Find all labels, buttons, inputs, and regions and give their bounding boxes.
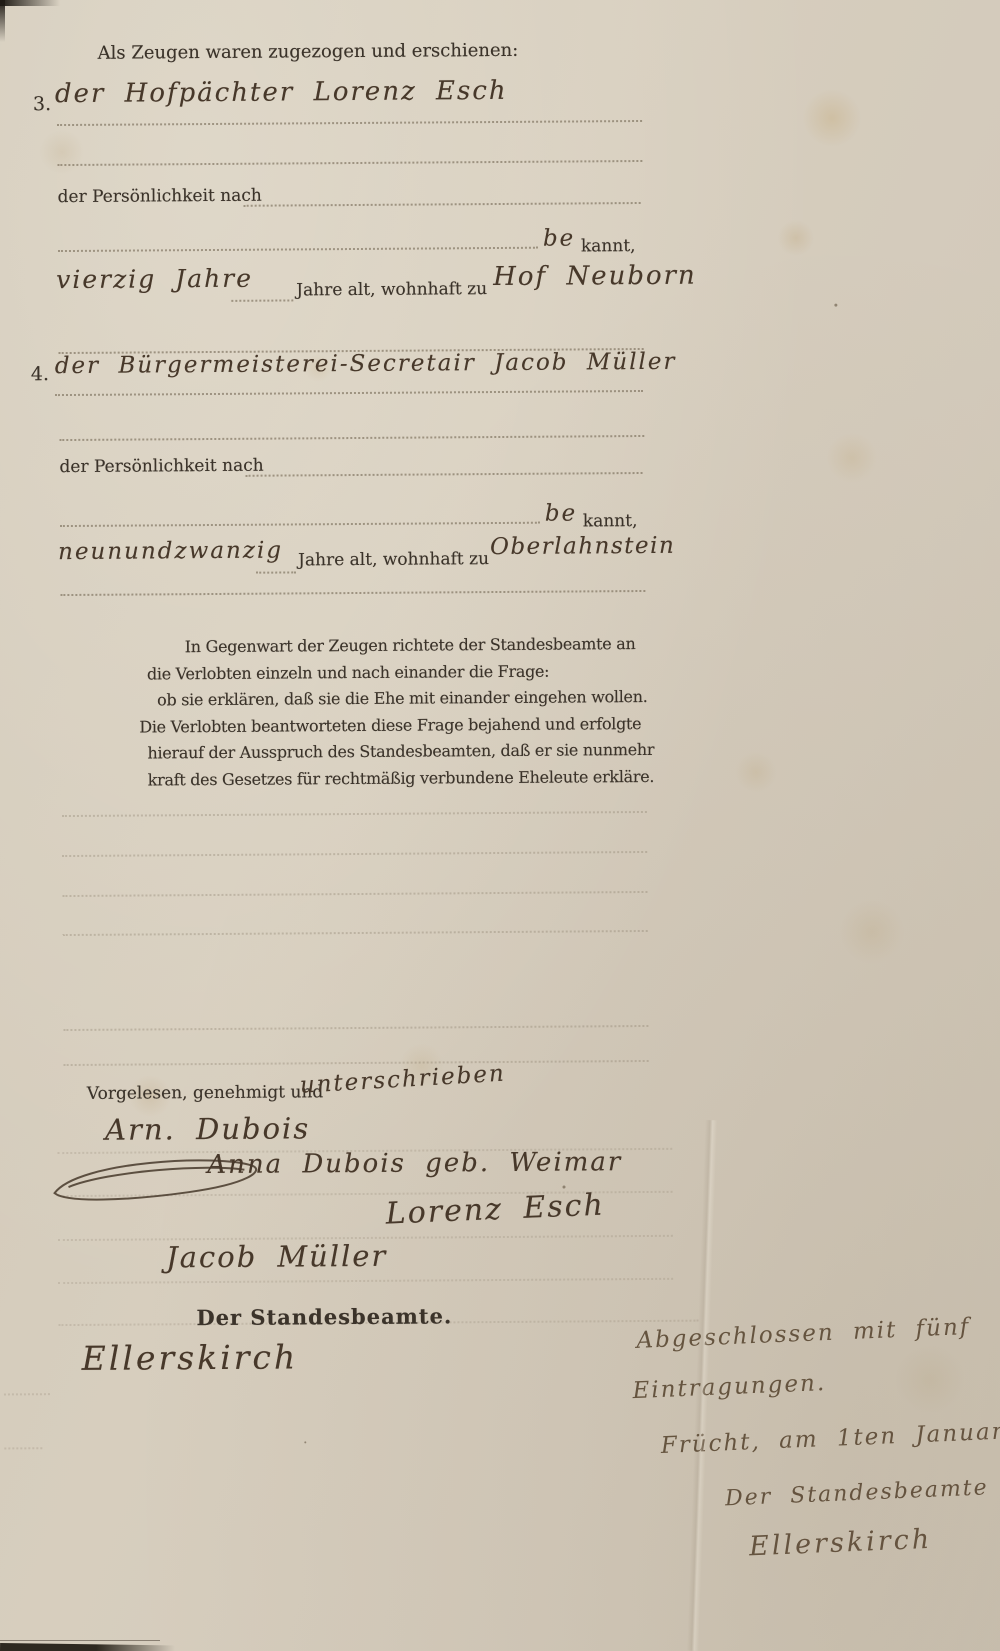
witness-4-number: 4.	[31, 363, 49, 385]
registrar-signature: Ellerskirch	[82, 1337, 299, 1378]
dotted-line	[60, 590, 645, 596]
scanned-content: Als Zeugen waren zugezogen und erschiene…	[0, 0, 1000, 1651]
witness-4-age: neunundzwanzig	[58, 538, 283, 566]
dotted-line	[63, 930, 648, 936]
dotted-line	[231, 299, 293, 301]
dotted-line	[256, 571, 296, 573]
registry-page: Als Zeugen waren zugezogen und erschiene…	[0, 0, 1000, 1651]
registrar-label: Der Standesbeamte.	[196, 1303, 452, 1330]
witness-4-identity-label: der Persönlichkeit nach	[59, 456, 263, 477]
closing-handwritten: unterschrieben	[299, 1061, 506, 1099]
closing-note-registrar-label: Der Standesbeamte	[725, 1475, 990, 1511]
closing-note-line-2: Eintragungen.	[632, 1370, 827, 1404]
ink-speck	[304, 1441, 306, 1443]
witness-3-known-printed: kannt,	[581, 236, 636, 256]
witness-4-residence: Oberlahnstein	[490, 533, 675, 560]
signature-witness-4: Jacob Müller	[166, 1239, 388, 1275]
closing-note-date: Frücht, am 1ten Januar	[660, 1419, 1000, 1459]
closing-printed: Vorgelesen, genehmigt und	[87, 1082, 324, 1104]
dotted-line	[57, 120, 642, 126]
signature-groom: Arn. Dubois	[105, 1111, 310, 1146]
declaration-line-1: In Gegenwart der Zeugen richtete der Sta…	[185, 631, 654, 661]
dotted-line	[55, 390, 643, 396]
declaration-line-4: Die Verlobten beantworteten diese Frage …	[139, 710, 654, 740]
declaration-line-3: ob sie erklären, daß sie die Ehe mit ein…	[157, 684, 654, 714]
witness-3-entry: der Hofpächter Lorenz Esch	[55, 76, 508, 109]
dotted-line	[4, 1393, 50, 1395]
closing-note: Abgeschlossen mit fünf Eintragungen. Frü…	[603, 1301, 1000, 1650]
dotted-line	[62, 851, 647, 857]
ink-speck	[563, 1186, 566, 1189]
witness-3-known-handwritten: be	[543, 225, 576, 251]
declaration-line-2: die Verlobten einzeln und nach einander …	[147, 657, 654, 687]
witness-3-residence: Hof Neuborn	[493, 261, 697, 292]
witness-4-age-label: Jahre alt, wohnhaft zu	[298, 549, 489, 570]
dotted-line	[57, 160, 642, 166]
dotted-line	[58, 1278, 673, 1284]
dotted-line	[63, 1025, 648, 1031]
dotted-line	[244, 202, 641, 207]
dotted-line	[62, 891, 647, 897]
dotted-line	[4, 1447, 42, 1449]
witness-3-age-label: Jahre alt, wohnhaft zu	[296, 279, 487, 300]
witness-4-known-handwritten: be	[545, 500, 578, 526]
closing-note-line-1: Abgeschlossen mit fünf	[636, 1314, 971, 1354]
witness-4-known-printed: kannt,	[583, 511, 638, 531]
closing-note-signature: Ellerskirch	[749, 1524, 933, 1563]
dotted-line	[60, 522, 540, 527]
witness-3-identity-label: der Persönlichkeit nach	[58, 186, 262, 207]
page-edge-left	[0, 0, 5, 42]
dotted-line	[58, 247, 538, 252]
declaration-line-6: kraft des Gesetzes für rechtmäßig verbun…	[148, 763, 655, 793]
witness-4-entry: der Bürgermeisterei-Secretair Jacob Müll…	[55, 349, 677, 379]
dotted-line	[59, 435, 644, 441]
witnesses-intro: Als Zeugen waren zugezogen und erschiene…	[98, 40, 519, 64]
page-edge-bottom	[0, 1643, 175, 1651]
dotted-line	[246, 472, 643, 477]
page-edge-top	[0, 0, 60, 6]
witness-3-number: 3.	[33, 93, 51, 115]
dotted-line	[64, 1060, 649, 1066]
signature-bride: Anna Dubois geb. Weimar	[207, 1147, 622, 1180]
declaration-line-5: hierauf der Ausspruch des Standesbeamten…	[147, 737, 654, 767]
ink-speck	[834, 304, 837, 307]
witness-3-age: vierzig Jahre	[56, 264, 253, 294]
declaration-paragraph: In Gegenwart der Zeugen richtete der Sta…	[147, 631, 655, 794]
page-edge-bottom-line	[0, 1640, 160, 1641]
dotted-line	[62, 811, 647, 817]
